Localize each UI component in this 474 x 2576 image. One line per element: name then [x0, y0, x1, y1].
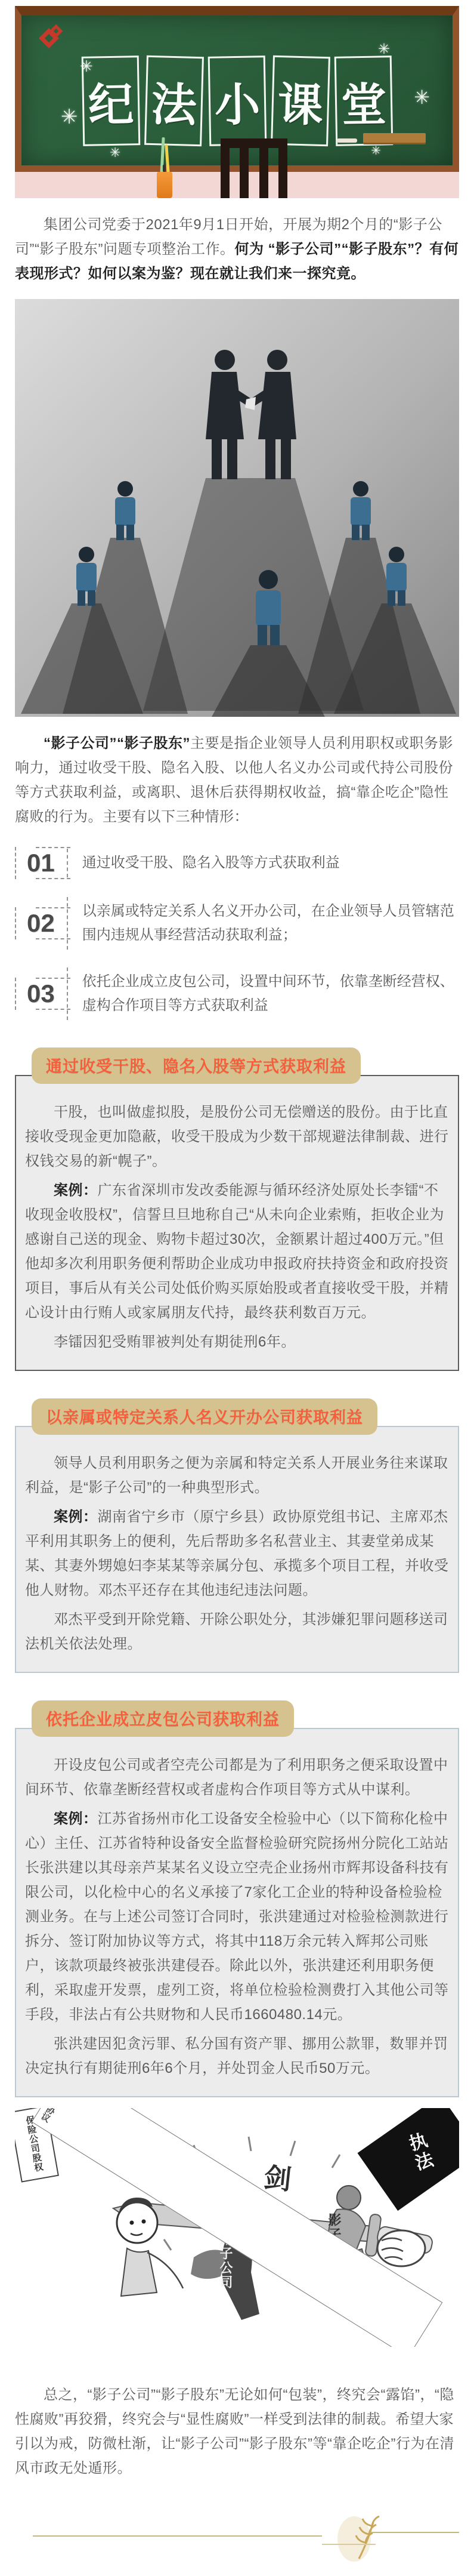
list-item: 02 以亲属或特定关系人名义开办公司，在企业领导人员管辖范围内违规从事经营活动获…: [15, 897, 459, 950]
case-paragraph: 案例：广东省深圳市发改委能源与循环经济处原处长李镭“不收现金收股权”，信誓旦旦地…: [25, 1178, 449, 1325]
banner-title: 纪 法 小 课 堂: [21, 56, 453, 146]
divider-line: [33, 2535, 322, 2537]
section-title-badge: 依托企业成立皮包公司获取利益: [32, 1700, 294, 1737]
case-box: 开设皮包公司或者空壳公司都是为了利用职务之便采取设置中间环节、依靠垄断经营权或者…: [15, 1728, 459, 2097]
section-intro: 开设皮包公司或者空壳公司都是为了利用职务之便采取设置中间环节、依靠垄断经营权或者…: [25, 1753, 449, 1802]
case-label: 案例：: [54, 1182, 98, 1198]
title-char: 法: [144, 56, 204, 146]
case-box: 干股，也叫做虚拟股，是股份公司无偿赠送的股份。由于比直接收受现金更加隐蔽，收受干…: [15, 1075, 459, 1371]
section-relatives-company: 以亲属或特定关系人名义开办公司获取利益 领导人员利用职务之便为亲属和特定关系人开…: [15, 1398, 459, 1673]
case-paragraph: 案例：湖南省宁乡市（原宁乡县）政协原党组书记、主席邓杰平利用其职务上的便利，先后…: [25, 1505, 449, 1603]
intro-paragraph: 集团公司党委于2021年9月1日开始，开展为期2个月的“影子公司”“影子股东”问…: [15, 212, 459, 286]
definition-lead-bold: “影子公司”“影子股东”: [44, 735, 190, 751]
item-number: 01: [16, 848, 67, 878]
chalkboard-banner: ✳ ✳ ✳ ✳ ✳ ✳ 纪 法 小 课 堂: [15, 6, 459, 198]
section-dry-shares: 通过收受干股、隐名入股等方式获取利益 干股，也叫做虚拟股，是股份公司无偿赠送的股…: [15, 1047, 459, 1371]
verdict-paragraph: 张洪建因犯贪污罪、私分国有资产罪、挪用公款罪，数罪并罚决定执行有期徒刑6年6个月…: [25, 2032, 449, 2081]
case-box: 领导人员利用职务之便为亲属和特定关系人开展业务往来谋取利益，是“影子公司”的一种…: [15, 1426, 459, 1673]
wheat-icon: [347, 2514, 383, 2562]
pencil-icon: [163, 165, 166, 172]
sword-char-jian: 剑: [262, 2156, 294, 2198]
item-text: 以亲属或特定关系人名义开办公司，在企业领导人员管辖范围内违规从事经营活动获取利益…: [67, 897, 459, 950]
item-number: 03: [16, 979, 67, 1009]
chair-silhouette: [221, 138, 287, 198]
verdict-paragraph: 邓杰平受到开除党籍、开除公职处分，其涉嫌犯罪问题移送司法机关依法处理。: [25, 1607, 449, 1656]
definition-paragraph: “影子公司”“影子股东”主要是指企业领导人员利用职权或职务影响力，通过收受干股、…: [15, 731, 459, 829]
company-logo-icon: [38, 24, 66, 55]
section-title-badge: 通过收受干股、隐名入股等方式获取利益: [32, 1047, 361, 1084]
sparkle-icon: ✳: [110, 145, 120, 161]
situation-list: 01 通过收受干股、隐名入股等方式获取利益 02 以亲属或特定关系人名义开办公司…: [15, 847, 459, 1020]
list-item: 01 通过收受干股、隐名入股等方式获取利益: [15, 847, 459, 879]
item-text: 依托企业成立皮包公司，设置中间环节，依靠垄断经营权、虚构合作项目等方式获取利益: [67, 967, 459, 1020]
case-label: 案例：: [54, 1509, 98, 1525]
chalk-stick: [337, 138, 357, 143]
case-paragraph: 案例：江苏省扬州市化工设备安全检验中心（以下简称化检中心）主任、江苏省特种设备安…: [25, 1807, 449, 2027]
case-text: 江苏省扬州市化工设备安全检验中心（以下简称化检中心）主任、江苏省特种设备安全监督…: [25, 1811, 449, 2023]
shadow-figures-illustration: [15, 299, 459, 717]
sword-cartoon-illustration: 亮 剑 执法 影子公司 影子股东 保险公司股权 信托持股协议: [15, 2108, 459, 2347]
article-page: ✳ ✳ ✳ ✳ ✳ ✳ 纪 法 小 课 堂 集团公司党委于2021年9月1日开始…: [0, 0, 474, 2576]
footer-ornament: [15, 2516, 459, 2558]
divider-line: [322, 2544, 376, 2545]
section-title-badge: 以亲属或特定关系人名义开办公司获取利益: [32, 1398, 377, 1435]
section-intro: 干股，也叫做虚拟股，是股份公司无偿赠送的股份。由于比直接收受现金更加隐蔽，收受干…: [25, 1100, 449, 1173]
verdict-paragraph: 李镭因犯受贿罪被判处有期徒刑6年。: [25, 1330, 449, 1354]
blackboard-eraser: [363, 133, 426, 143]
title-char: 小: [207, 56, 267, 146]
title-char: 课: [271, 56, 330, 146]
divider-line: [370, 2532, 459, 2533]
list-item: 03 依托企业成立皮包公司，设置中间环节，依靠垄断经营权、虚构合作项目等方式获取…: [15, 967, 459, 1020]
item-number: 02: [16, 908, 67, 938]
item-text: 通过收受干股、隐名入股等方式获取利益: [67, 849, 459, 877]
conclusion-paragraph: 总之，“影子公司”“影子股东”无论如何“包装”，终究会“露馅”，“隐性腐败”再狡…: [15, 2383, 459, 2481]
section-shell-company: 依托企业成立皮包公司获取利益 开设皮包公司或者空壳公司都是为了利用职务之便采取设…: [15, 1700, 459, 2097]
title-char: 纪: [81, 56, 140, 146]
pencil-cup: [157, 172, 172, 198]
case-label: 案例：: [54, 1811, 98, 1827]
section-intro: 领导人员利用职务之便为亲属和特定关系人开展业务往来谋取利益，是“影子公司”的一种…: [25, 1451, 449, 1500]
case-text: 广东省深圳市发改委能源与循环经济处原处长李镭“不收现金收股权”，信誓旦旦地称自己…: [25, 1182, 449, 1321]
